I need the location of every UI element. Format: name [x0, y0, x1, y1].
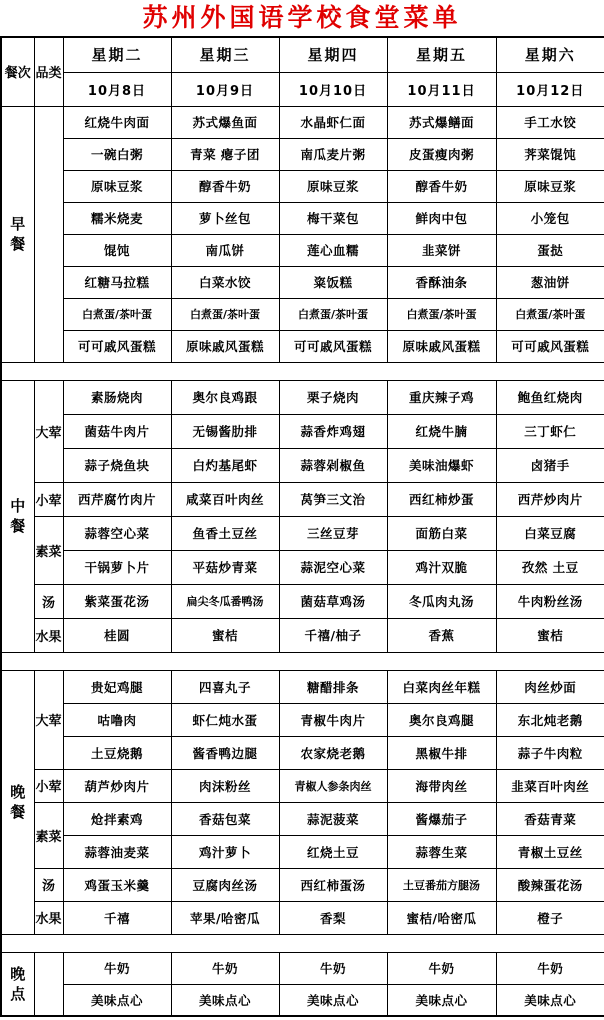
menu-row: 中餐大荤素肠烧肉奥尔良鸡跟栗子烧肉重庆辣子鸡鲍鱼红烧肉: [1, 380, 604, 414]
dish-cell-col3: 香梨: [279, 901, 387, 934]
day-date-4: 10月11日: [387, 72, 496, 106]
dish-cell-col3: 青椒人参条肉丝: [279, 769, 387, 802]
dish-cell-col5: 橙子: [496, 901, 604, 934]
menu-row: 汤紫菜蛋花汤扁尖冬瓜番鸭汤菌菇草鸡汤冬瓜肉丸汤牛肉粉丝汤: [1, 584, 604, 618]
dish-cell-col1: 牛奶: [63, 952, 171, 984]
dish-cell-col1: 一碗白粥: [63, 138, 171, 170]
menu-row: 馄饨南瓜饼莲心血糯韭菜饼蛋挞: [1, 234, 604, 266]
dish-cell-col2: 白菜水饺: [171, 266, 279, 298]
dish-cell-col4: 黑椒牛排: [387, 736, 496, 769]
dish-cell-col2: 苏式爆鱼面: [171, 106, 279, 138]
section-separator: [1, 652, 604, 670]
dish-cell-col5: 酸辣蛋花汤: [496, 868, 604, 901]
dish-cell-col1: 西芹腐竹肉片: [63, 482, 171, 516]
dish-cell-col3: 原味豆浆: [279, 170, 387, 202]
dish-cell-col5: 可可戚风蛋糕: [496, 330, 604, 362]
dish-cell-col5: 鲍鱼红烧肉: [496, 380, 604, 414]
category-label-大荤: 大荤: [34, 670, 63, 769]
dish-cell-col1: 原味豆浆: [63, 170, 171, 202]
dish-cell-col1: 炝拌素鸡: [63, 802, 171, 835]
dish-cell-col2: 白灼基尾虾: [171, 448, 279, 482]
dish-cell-col4: 美味点心: [387, 984, 496, 1016]
menu-row: 小荤葫芦炒肉片肉沫粉丝青椒人参条肉丝海带肉丝韭菜百叶肉丝: [1, 769, 604, 802]
day-date-3: 10月10日: [279, 72, 387, 106]
dish-cell-col5: 香菇青菜: [496, 802, 604, 835]
menu-table-body: 餐次品类星期二星期三星期四星期五星期六10月8日10月9日10月10日10月11…: [1, 37, 604, 1016]
dish-cell-col2: 青菜 瘪子团: [171, 138, 279, 170]
dish-cell-col3: 栗子烧肉: [279, 380, 387, 414]
dish-cell-col5: 葱油饼: [496, 266, 604, 298]
menu-row: 蒜子烧鱼块白灼基尾虾蒜蓉剁椒鱼美味油爆虾卤猪手: [1, 448, 604, 482]
menu-row: 蒜蓉油麦菜鸡汁萝卜红烧土豆蒜蓉生菜青椒土豆丝: [1, 835, 604, 868]
dish-cell-col5: 牛肉粉丝汤: [496, 584, 604, 618]
dish-cell-col1: 土豆烧鹅: [63, 736, 171, 769]
dish-cell-col4: 面筋白菜: [387, 516, 496, 550]
dish-cell-col5: 蜜桔: [496, 618, 604, 652]
dish-cell-col2: 酱香鸭边腿: [171, 736, 279, 769]
dish-cell-col4: 白菜肉丝年糕: [387, 670, 496, 703]
day-date-5: 10月12日: [496, 72, 604, 106]
menu-table: 餐次品类星期二星期三星期四星期五星期六10月8日10月9日10月10日10月11…: [0, 36, 604, 1017]
meal-label-晚餐: 晚餐: [1, 670, 34, 934]
menu-row: 晚点牛奶牛奶牛奶牛奶牛奶: [1, 952, 604, 984]
category-label-blank: [34, 952, 63, 1016]
page-title: 苏州外国语学校食堂菜单: [0, 0, 604, 36]
section-separator: [1, 362, 604, 380]
dish-cell-col5: 孜然 土豆: [496, 550, 604, 584]
dish-cell-col3: 蒜泥菠菜: [279, 802, 387, 835]
dish-cell-col2: 奥尔良鸡跟: [171, 380, 279, 414]
section-separator-cell: [1, 362, 604, 380]
category-label-素菜: 素菜: [34, 516, 63, 584]
dish-cell-col4: 蜜桔/哈密瓜: [387, 901, 496, 934]
section-separator-cell: [1, 934, 604, 952]
category-label-水果: 水果: [34, 901, 63, 934]
dish-cell-col4: 香蕉: [387, 618, 496, 652]
dish-cell-col3: 粢饭糕: [279, 266, 387, 298]
meal-column-header: 餐次: [1, 37, 34, 106]
dish-cell-col3: 三丝豆芽: [279, 516, 387, 550]
dish-cell-col5: 蛋挞: [496, 234, 604, 266]
dish-cell-col4: 西红柿炒蛋: [387, 482, 496, 516]
dish-cell-col1: 素肠烧肉: [63, 380, 171, 414]
dish-cell-col5: 西芹炒肉片: [496, 482, 604, 516]
dish-cell-col3: 蒜泥空心菜: [279, 550, 387, 584]
dish-cell-col5: 荠菜馄饨: [496, 138, 604, 170]
dish-cell-col3: 糖醋排条: [279, 670, 387, 703]
dish-cell-col4: 红烧牛腩: [387, 414, 496, 448]
header-row-dates: 10月8日10月9日10月10日10月11日10月12日: [1, 72, 604, 106]
category-label-水果: 水果: [34, 618, 63, 652]
dish-cell-col3: 水晶虾仁面: [279, 106, 387, 138]
menu-row: 红糖马拉糕白菜水饺粢饭糕香酥油条葱油饼: [1, 266, 604, 298]
section-separator: [1, 934, 604, 952]
dish-cell-col4: 皮蛋瘦肉粥: [387, 138, 496, 170]
dish-cell-col1: 咕噜肉: [63, 703, 171, 736]
dish-cell-col4: 奥尔良鸡腿: [387, 703, 496, 736]
day-header-4: 星期五: [387, 37, 496, 72]
dish-cell-col1: 红糖马拉糕: [63, 266, 171, 298]
dish-cell-col1: 蒜蓉油麦菜: [63, 835, 171, 868]
dish-cell-col4: 牛奶: [387, 952, 496, 984]
dish-cell-col3: 千禧/柚子: [279, 618, 387, 652]
meal-label-char: 早: [3, 214, 33, 234]
dish-cell-col1: 馄饨: [63, 234, 171, 266]
dish-cell-col2: 豆腐肉丝汤: [171, 868, 279, 901]
dish-cell-col2: 肉沫粉丝: [171, 769, 279, 802]
dish-cell-col5: 东北炖老鹅: [496, 703, 604, 736]
dish-cell-col3: 青椒牛肉片: [279, 703, 387, 736]
dish-cell-col1: 菌菇牛肉片: [63, 414, 171, 448]
dish-cell-col5: 小笼包: [496, 202, 604, 234]
dish-cell-col3: 莴笋三文治: [279, 482, 387, 516]
dish-cell-col2: 牛奶: [171, 952, 279, 984]
day-header-3: 星期四: [279, 37, 387, 72]
dish-cell-col4: 鸡汁双脆: [387, 550, 496, 584]
menu-row: 晚餐大荤贵妃鸡腿四喜丸子糖醋排条白菜肉丝年糕肉丝炒面: [1, 670, 604, 703]
menu-page: 苏州外国语学校食堂菜单 餐次品类星期二星期三星期四星期五星期六10月8日10月9…: [0, 0, 604, 1020]
menu-row: 素菜蒜蓉空心菜鱼香土豆丝三丝豆芽面筋白菜白菜豆腐: [1, 516, 604, 550]
menu-row: 一碗白粥青菜 瘪子团南瓜麦片粥皮蛋瘦肉粥荠菜馄饨: [1, 138, 604, 170]
dish-cell-col2: 鱼香土豆丝: [171, 516, 279, 550]
dish-cell-col1: 美味点心: [63, 984, 171, 1016]
dish-cell-col5: 三丁虾仁: [496, 414, 604, 448]
dish-cell-col4: 酱爆茄子: [387, 802, 496, 835]
menu-row: 小荤西芹腐竹肉片咸菜百叶肉丝莴笋三文治西红柿炒蛋西芹炒肉片: [1, 482, 604, 516]
dish-cell-col3: 白煮蛋/茶叶蛋: [279, 298, 387, 330]
dish-cell-col1: 红烧牛肉面: [63, 106, 171, 138]
dish-cell-col1: 桂圆: [63, 618, 171, 652]
dish-cell-col3: 梅干菜包: [279, 202, 387, 234]
day-header-2: 星期三: [171, 37, 279, 72]
dish-cell-col3: 美味点心: [279, 984, 387, 1016]
dish-cell-col4: 冬瓜肉丸汤: [387, 584, 496, 618]
meal-label-char: 晚: [3, 964, 33, 984]
dish-cell-col2: 萝卜丝包: [171, 202, 279, 234]
meal-label-早餐: 早餐: [1, 106, 34, 362]
dish-cell-col5: 蒜子牛肉粒: [496, 736, 604, 769]
dish-cell-col2: 平菇炒青菜: [171, 550, 279, 584]
dish-cell-col1: 紫菜蛋花汤: [63, 584, 171, 618]
dish-cell-col3: 蒜香炸鸡翅: [279, 414, 387, 448]
dish-cell-col1: 千禧: [63, 901, 171, 934]
meal-label-char: 中: [3, 496, 33, 516]
dish-cell-col1: 白煮蛋/茶叶蛋: [63, 298, 171, 330]
dish-cell-col3: 莲心血糯: [279, 234, 387, 266]
dish-cell-col2: 醇香牛奶: [171, 170, 279, 202]
menu-row: 早餐红烧牛肉面苏式爆鱼面水晶虾仁面苏式爆鳝面手工水饺: [1, 106, 604, 138]
dish-cell-col3: 蒜蓉剁椒鱼: [279, 448, 387, 482]
dish-cell-col5: 肉丝炒面: [496, 670, 604, 703]
dish-cell-col5: 原味豆浆: [496, 170, 604, 202]
dish-cell-col2: 扁尖冬瓜番鸭汤: [171, 584, 279, 618]
menu-row: 咕噜肉虾仁炖水蛋青椒牛肉片奥尔良鸡腿东北炖老鹅: [1, 703, 604, 736]
dish-cell-col5: 白菜豆腐: [496, 516, 604, 550]
menu-row: 汤鸡蛋玉米羹豆腐肉丝汤西红柿蛋汤土豆番茄方腿汤酸辣蛋花汤: [1, 868, 604, 901]
dish-cell-col2: 南瓜饼: [171, 234, 279, 266]
meal-label-char: 点: [3, 984, 33, 1004]
dish-cell-col2: 鸡汁萝卜: [171, 835, 279, 868]
category-label-小荤: 小荤: [34, 769, 63, 802]
dish-cell-col4: 鲜肉中包: [387, 202, 496, 234]
menu-row: 白煮蛋/茶叶蛋白煮蛋/茶叶蛋白煮蛋/茶叶蛋白煮蛋/茶叶蛋白煮蛋/茶叶蛋: [1, 298, 604, 330]
dish-cell-col1: 可可戚风蛋糕: [63, 330, 171, 362]
dish-cell-col3: 可可戚风蛋糕: [279, 330, 387, 362]
day-header-1: 星期二: [63, 37, 171, 72]
menu-row: 水果千禧苹果/哈密瓜香梨蜜桔/哈密瓜橙子: [1, 901, 604, 934]
dish-cell-col5: 卤猪手: [496, 448, 604, 482]
menu-row: 土豆烧鹅酱香鸭边腿农家烧老鹅黑椒牛排蒜子牛肉粒: [1, 736, 604, 769]
dish-cell-col5: 美味点心: [496, 984, 604, 1016]
dish-cell-col3: 西红柿蛋汤: [279, 868, 387, 901]
menu-row: 糯米烧麦萝卜丝包梅干菜包鲜肉中包小笼包: [1, 202, 604, 234]
dish-cell-col5: 牛奶: [496, 952, 604, 984]
dish-cell-col5: 手工水饺: [496, 106, 604, 138]
category-label-素菜: 素菜: [34, 802, 63, 868]
menu-row: 美味点心美味点心美味点心美味点心美味点心: [1, 984, 604, 1016]
dish-cell-col4: 海带肉丝: [387, 769, 496, 802]
dish-cell-col5: 青椒土豆丝: [496, 835, 604, 868]
dish-cell-col2: 无锡酱肋排: [171, 414, 279, 448]
dish-cell-col2: 虾仁炖水蛋: [171, 703, 279, 736]
dish-cell-col4: 蒜蓉生菜: [387, 835, 496, 868]
header-row-days: 餐次品类星期二星期三星期四星期五星期六: [1, 37, 604, 72]
meal-label-char: 餐: [3, 802, 33, 822]
dish-cell-col4: 美味油爆虾: [387, 448, 496, 482]
menu-row: 水果桂圆蜜桔千禧/柚子香蕉蜜桔: [1, 618, 604, 652]
dish-cell-col4: 醇香牛奶: [387, 170, 496, 202]
category-label-大荤: 大荤: [34, 380, 63, 482]
dish-cell-col1: 干锅萝卜片: [63, 550, 171, 584]
dish-cell-col2: 苹果/哈密瓜: [171, 901, 279, 934]
menu-row: 可可戚风蛋糕原味戚风蛋糕可可戚风蛋糕原味戚风蛋糕可可戚风蛋糕: [1, 330, 604, 362]
dish-cell-col3: 农家烧老鹅: [279, 736, 387, 769]
dish-cell-col3: 菌菇草鸡汤: [279, 584, 387, 618]
dish-cell-col2: 香菇包菜: [171, 802, 279, 835]
dish-cell-col4: 韭菜饼: [387, 234, 496, 266]
menu-row: 素菜炝拌素鸡香菇包菜蒜泥菠菜酱爆茄子香菇青菜: [1, 802, 604, 835]
menu-row: 原味豆浆醇香牛奶原味豆浆醇香牛奶原味豆浆: [1, 170, 604, 202]
meal-label-中餐: 中餐: [1, 380, 34, 652]
section-separator-cell: [1, 652, 604, 670]
dish-cell-col5: 韭菜百叶肉丝: [496, 769, 604, 802]
dish-cell-col2: 原味戚风蛋糕: [171, 330, 279, 362]
dish-cell-col4: 原味戚风蛋糕: [387, 330, 496, 362]
dish-cell-col1: 糯米烧麦: [63, 202, 171, 234]
dish-cell-col2: 咸菜百叶肉丝: [171, 482, 279, 516]
dish-cell-col1: 蒜蓉空心菜: [63, 516, 171, 550]
category-label-小荤: 小荤: [34, 482, 63, 516]
meal-label-晚点: 晚点: [1, 952, 34, 1016]
dish-cell-col1: 葫芦炒肉片: [63, 769, 171, 802]
category-label-blank: [34, 106, 63, 362]
dish-cell-col2: 白煮蛋/茶叶蛋: [171, 298, 279, 330]
dish-cell-col4: 香酥油条: [387, 266, 496, 298]
menu-row: 干锅萝卜片平菇炒青菜蒜泥空心菜鸡汁双脆孜然 土豆: [1, 550, 604, 584]
dish-cell-col3: 牛奶: [279, 952, 387, 984]
day-header-5: 星期六: [496, 37, 604, 72]
category-label-汤: 汤: [34, 584, 63, 618]
category-column-header: 品类: [34, 37, 63, 106]
dish-cell-col2: 四喜丸子: [171, 670, 279, 703]
dish-cell-col4: 白煮蛋/茶叶蛋: [387, 298, 496, 330]
dish-cell-col5: 白煮蛋/茶叶蛋: [496, 298, 604, 330]
dish-cell-col4: 重庆辣子鸡: [387, 380, 496, 414]
meal-label-char: 餐: [3, 234, 33, 254]
dish-cell-col2: 蜜桔: [171, 618, 279, 652]
day-date-1: 10月8日: [63, 72, 171, 106]
dish-cell-col1: 贵妃鸡腿: [63, 670, 171, 703]
dish-cell-col1: 鸡蛋玉米羹: [63, 868, 171, 901]
dish-cell-col4: 土豆番茄方腿汤: [387, 868, 496, 901]
dish-cell-col1: 蒜子烧鱼块: [63, 448, 171, 482]
dish-cell-col3: 红烧土豆: [279, 835, 387, 868]
dish-cell-col2: 美味点心: [171, 984, 279, 1016]
menu-row: 菌菇牛肉片无锡酱肋排蒜香炸鸡翅红烧牛腩三丁虾仁: [1, 414, 604, 448]
day-date-2: 10月9日: [171, 72, 279, 106]
meal-label-char: 餐: [3, 516, 33, 536]
meal-label-char: 晚: [3, 782, 33, 802]
category-label-汤: 汤: [34, 868, 63, 901]
dish-cell-col4: 苏式爆鳝面: [387, 106, 496, 138]
dish-cell-col3: 南瓜麦片粥: [279, 138, 387, 170]
